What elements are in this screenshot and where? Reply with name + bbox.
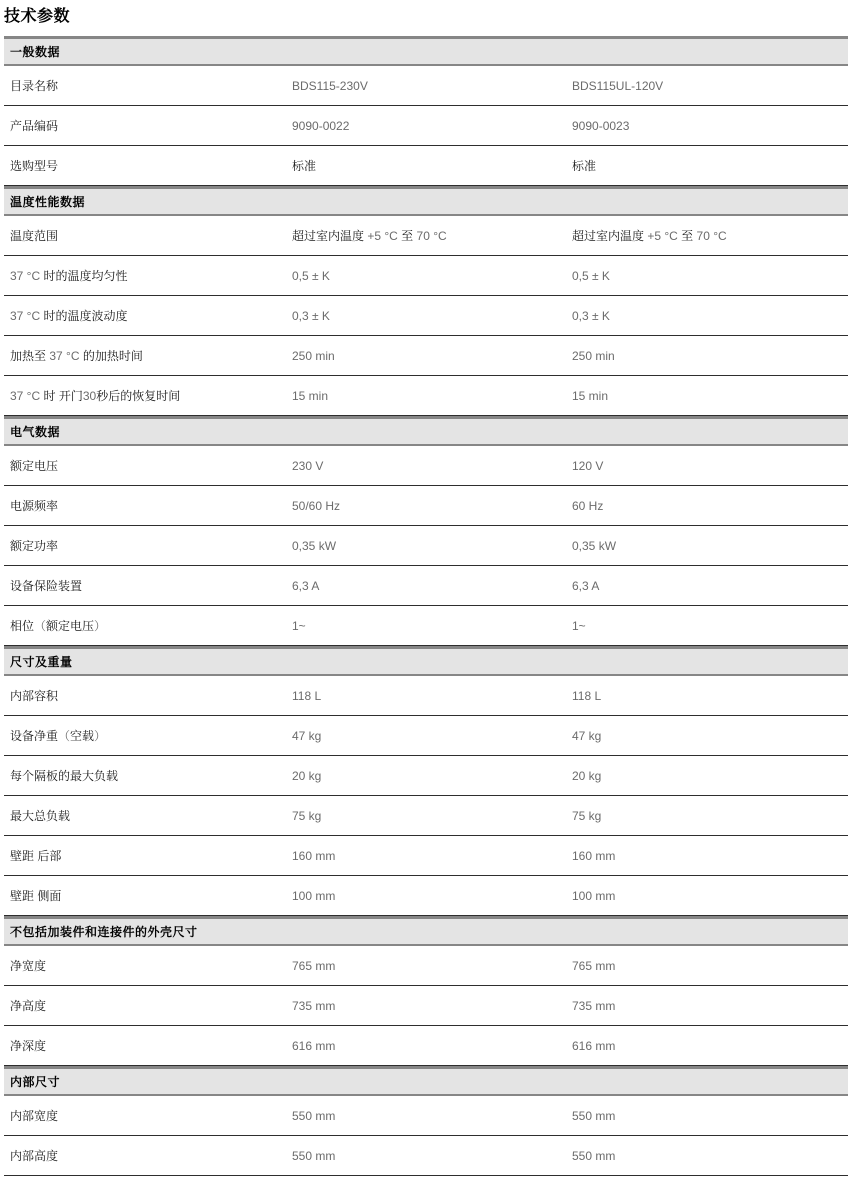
row-label: 选购型号	[4, 157, 292, 174]
section-header: 一般数据	[4, 36, 848, 66]
table-row: 选购型号 标准 标准	[4, 146, 848, 186]
table-row: 额定电压 230 V 120 V	[4, 446, 848, 486]
section-header: 不包括加装件和连接件的外壳尺寸	[4, 916, 848, 946]
table-row: 净宽度 765 mm 765 mm	[4, 946, 848, 986]
row-value-model1: 47 kg	[292, 729, 572, 743]
row-value-model1: 118 L	[292, 689, 572, 703]
table-row: 壁距 侧面 100 mm 100 mm	[4, 876, 848, 916]
section-header: 内部尺寸	[4, 1066, 848, 1096]
row-value-model2: 735 mm	[572, 999, 848, 1013]
row-value-model2: 0,3 ± K	[572, 309, 848, 323]
table-row: 每个隔板的最大负载 20 kg 20 kg	[4, 756, 848, 796]
table-row: 产品编码 9090-0022 9090-0023	[4, 106, 848, 146]
row-label: 最大总负载	[4, 807, 292, 824]
row-value-model1: 0,3 ± K	[292, 309, 572, 323]
section-temperature-performance: 温度性能数据 温度范围 超过室内温度 +5 °C 至 70 °C 超过室内温度 …	[4, 186, 848, 416]
table-row: 内部容积 118 L 118 L	[4, 676, 848, 716]
row-value-model2: 0,35 kW	[572, 539, 848, 553]
row-label: 温度范围	[4, 227, 292, 244]
row-label: 产品编码	[4, 117, 292, 134]
row-value-model2: 15 min	[572, 389, 848, 403]
row-value-model2: 20 kg	[572, 769, 848, 783]
row-label: 设备净重（空载）	[4, 727, 292, 744]
table-row: 电源频率 50/60 Hz 60 Hz	[4, 486, 848, 526]
row-value-model2: 250 min	[572, 349, 848, 363]
row-value-model1: 250 min	[292, 349, 572, 363]
row-value-model1: 735 mm	[292, 999, 572, 1013]
row-value-model1: 9090-0022	[292, 119, 572, 133]
row-value-model2: 0,5 ± K	[572, 269, 848, 283]
table-row: 壁距 后部 160 mm 160 mm	[4, 836, 848, 876]
row-value-model2: 100 mm	[572, 889, 848, 903]
row-value-model1: 0,5 ± K	[292, 269, 572, 283]
row-label: 内部高度	[4, 1147, 292, 1164]
section-header: 温度性能数据	[4, 186, 848, 216]
row-label: 内部宽度	[4, 1107, 292, 1124]
row-value-model1: 50/60 Hz	[292, 499, 572, 513]
section-internal-dimensions: 内部尺寸 内部宽度 550 mm 550 mm 内部高度 550 mm 550 …	[4, 1066, 848, 1176]
table-row: 温度范围 超过室内温度 +5 °C 至 70 °C 超过室内温度 +5 °C 至…	[4, 216, 848, 256]
row-label: 净高度	[4, 997, 292, 1014]
section-title: 温度性能数据	[10, 193, 85, 210]
row-value-model1: 100 mm	[292, 889, 572, 903]
section-header: 电气数据	[4, 416, 848, 446]
row-value-model2: 550 mm	[572, 1109, 848, 1123]
row-value-model2: 1~	[572, 619, 848, 633]
row-label: 每个隔板的最大负载	[4, 767, 292, 784]
row-label: 设备保险装置	[4, 577, 292, 594]
row-label: 电源频率	[4, 497, 292, 514]
page-title: 技术参数	[4, 6, 848, 27]
row-label: 37 °C 时的温度均匀性	[4, 267, 292, 284]
row-value-model2: 118 L	[572, 689, 848, 703]
row-value-model1: 616 mm	[292, 1039, 572, 1053]
section-housing-dimensions: 不包括加装件和连接件的外壳尺寸 净宽度 765 mm 765 mm 净高度 73…	[4, 916, 848, 1066]
tech-specs-page: 技术参数 一般数据 目录名称 BDS115-230V BDS115UL-120V…	[0, 0, 858, 1176]
section-general-data: 一般数据 目录名称 BDS115-230V BDS115UL-120V 产品编码…	[4, 36, 848, 186]
row-label: 目录名称	[4, 77, 292, 94]
row-value-model1: 20 kg	[292, 769, 572, 783]
row-label: 净宽度	[4, 957, 292, 974]
table-row: 加热至 37 °C 的加热时间 250 min 250 min	[4, 336, 848, 376]
section-dimensions-weight: 尺寸及重量 内部容积 118 L 118 L 设备净重（空载） 47 kg 47…	[4, 646, 848, 916]
row-label: 额定电压	[4, 457, 292, 474]
table-row: 37 °C 时的温度均匀性 0,5 ± K 0,5 ± K	[4, 256, 848, 296]
table-row: 净高度 735 mm 735 mm	[4, 986, 848, 1026]
table-row: 相位（额定电压） 1~ 1~	[4, 606, 848, 646]
row-label: 净深度	[4, 1037, 292, 1054]
row-label: 额定功率	[4, 537, 292, 554]
row-value-model1: 标准	[292, 157, 572, 174]
row-value-model1: BDS115-230V	[292, 79, 572, 93]
row-value-model2: BDS115UL-120V	[572, 79, 848, 93]
row-label: 壁距 侧面	[4, 887, 292, 904]
table-row: 内部高度 550 mm 550 mm	[4, 1136, 848, 1176]
row-value-model2: 765 mm	[572, 959, 848, 973]
table-row: 额定功率 0,35 kW 0,35 kW	[4, 526, 848, 566]
row-value-model2: 160 mm	[572, 849, 848, 863]
table-row: 37 °C 时 开门30秒后的恢复时间 15 min 15 min	[4, 376, 848, 416]
row-value-model1: 超过室内温度 +5 °C 至 70 °C	[292, 227, 572, 244]
table-row: 设备净重（空载） 47 kg 47 kg	[4, 716, 848, 756]
row-label: 加热至 37 °C 的加热时间	[4, 347, 292, 364]
row-value-model2: 超过室内温度 +5 °C 至 70 °C	[572, 227, 848, 244]
row-value-model1: 160 mm	[292, 849, 572, 863]
row-value-model2: 550 mm	[572, 1149, 848, 1163]
row-value-model1: 75 kg	[292, 809, 572, 823]
table-row: 设备保险装置 6,3 A 6,3 A	[4, 566, 848, 606]
row-value-model2: 120 V	[572, 459, 848, 473]
row-value-model1: 6,3 A	[292, 579, 572, 593]
row-value-model2: 6,3 A	[572, 579, 848, 593]
row-value-model2: 47 kg	[572, 729, 848, 743]
section-electrical-data: 电气数据 额定电压 230 V 120 V 电源频率 50/60 Hz 60 H…	[4, 416, 848, 646]
section-title: 电气数据	[10, 423, 60, 440]
table-row: 内部宽度 550 mm 550 mm	[4, 1096, 848, 1136]
section-header: 尺寸及重量	[4, 646, 848, 676]
row-label: 相位（额定电压）	[4, 617, 292, 634]
row-value-model2: 标准	[572, 157, 848, 174]
row-value-model2: 60 Hz	[572, 499, 848, 513]
row-label: 37 °C 时 开门30秒后的恢复时间	[4, 387, 292, 404]
spec-table: 一般数据 目录名称 BDS115-230V BDS115UL-120V 产品编码…	[4, 36, 848, 1176]
table-row: 目录名称 BDS115-230V BDS115UL-120V	[4, 66, 848, 106]
section-title: 尺寸及重量	[10, 653, 73, 670]
row-value-model1: 765 mm	[292, 959, 572, 973]
section-title: 内部尺寸	[10, 1073, 60, 1090]
row-value-model1: 550 mm	[292, 1149, 572, 1163]
row-value-model2: 75 kg	[572, 809, 848, 823]
row-label: 壁距 后部	[4, 847, 292, 864]
section-title: 一般数据	[10, 43, 60, 60]
row-value-model1: 230 V	[292, 459, 572, 473]
row-label: 内部容积	[4, 687, 292, 704]
row-value-model2: 616 mm	[572, 1039, 848, 1053]
table-row: 37 °C 时的温度波动度 0,3 ± K 0,3 ± K	[4, 296, 848, 336]
row-value-model1: 15 min	[292, 389, 572, 403]
row-label: 37 °C 时的温度波动度	[4, 307, 292, 324]
row-value-model1: 1~	[292, 619, 572, 633]
row-value-model1: 0,35 kW	[292, 539, 572, 553]
row-value-model1: 550 mm	[292, 1109, 572, 1123]
table-row: 最大总负载 75 kg 75 kg	[4, 796, 848, 836]
row-value-model2: 9090-0023	[572, 119, 848, 133]
table-row: 净深度 616 mm 616 mm	[4, 1026, 848, 1066]
section-title: 不包括加装件和连接件的外壳尺寸	[10, 923, 198, 940]
